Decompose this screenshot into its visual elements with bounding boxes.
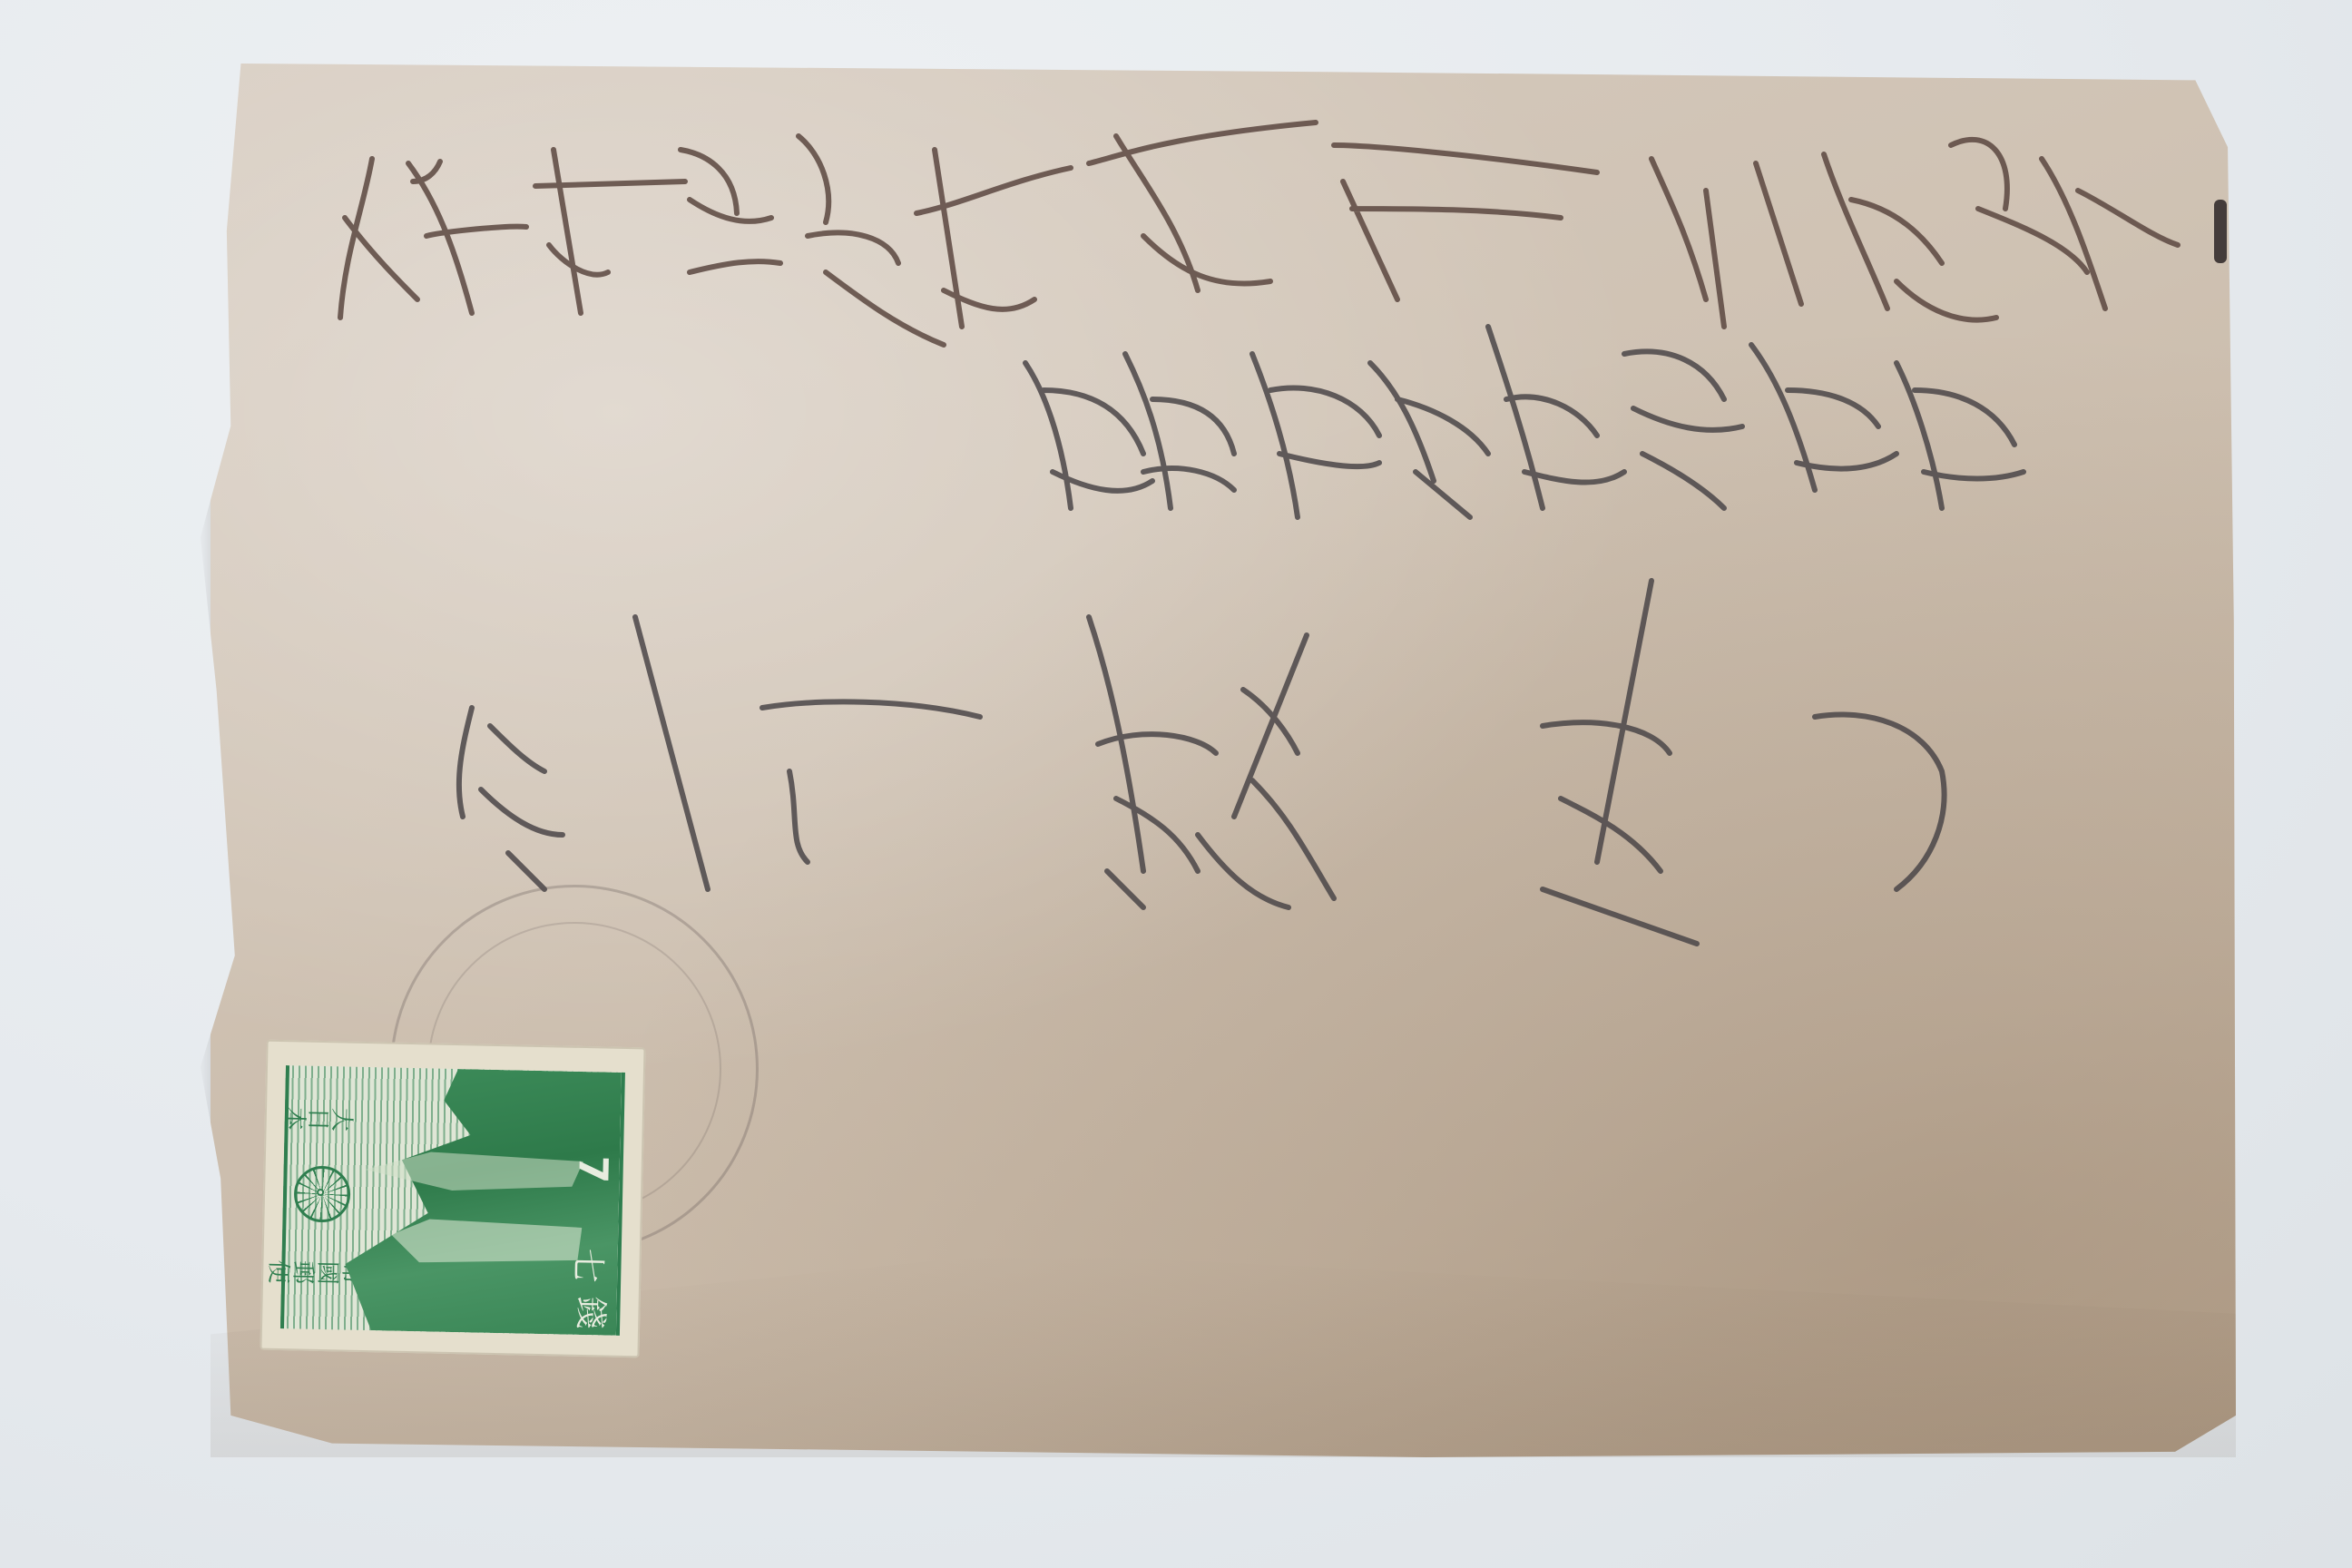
chrysanthemum-icon [293, 1165, 350, 1222]
stamp-design: 大日本 帝國郵便 7 七 錢 [280, 1065, 625, 1336]
stamp-value: 7 [570, 1155, 617, 1184]
recipient-name: 李在淑 殿 [0, 0, 1, 1]
photo-scene: 大邱府南城町三ノ四 興國堂藥房方 李在淑 殿 [0, 0, 2352, 1568]
stamp-value-kanji: 七 [566, 1248, 617, 1283]
stamp-landscape-illustration [344, 1067, 622, 1336]
postage-stamp: 大日本 帝國郵便 7 七 錢 [260, 1040, 645, 1358]
stamp-country-top: 大日本 [273, 1089, 365, 1145]
stamp-currency: 錢 [570, 1296, 617, 1329]
address-line: 大邱府南城町三ノ四 [0, 0, 1, 1]
address-line-2: 興國堂藥房方 [0, 0, 1, 1]
ink-mark [2214, 200, 2227, 263]
